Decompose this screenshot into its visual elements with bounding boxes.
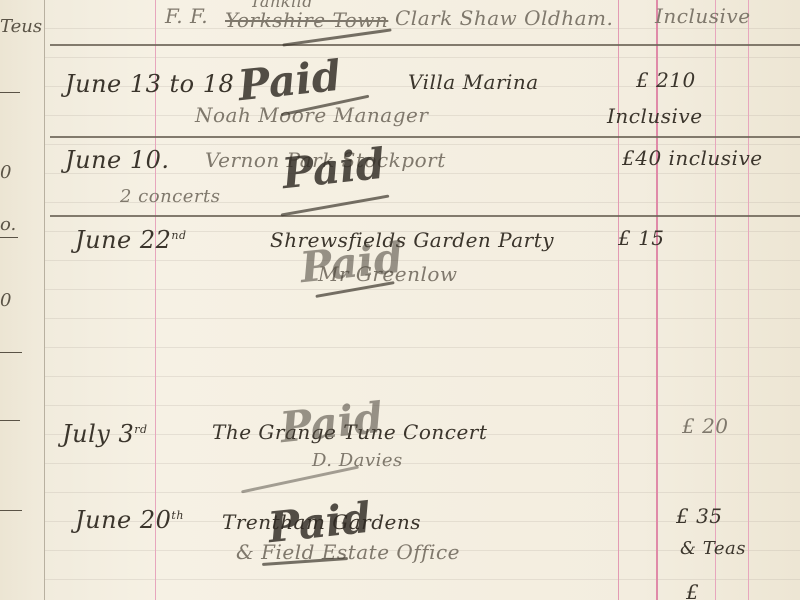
- entry-date: June 22nd: [75, 226, 187, 254]
- entry-separator: [50, 136, 800, 138]
- entry-date: June 10.: [65, 146, 170, 174]
- entry-amount: £ 210: [636, 68, 696, 92]
- entry-amount: £ 20: [682, 414, 729, 438]
- header-amount: Inclusive: [655, 4, 751, 28]
- entry-amount: £ 35: [676, 504, 723, 528]
- entry-date-text: July 3: [62, 420, 134, 448]
- entry-date-suffix: th: [171, 509, 184, 522]
- margin-dash: [0, 237, 18, 238]
- margin-dash: [0, 510, 22, 511]
- entry-date-suffix: rd: [134, 423, 147, 436]
- entry-contact: 2 concerts: [120, 186, 221, 207]
- margin-fragment: o.: [0, 214, 16, 235]
- margin-dash: [0, 420, 20, 421]
- stamp-underline: [241, 466, 359, 494]
- entry-amount: £40 inclusive: [622, 146, 763, 170]
- entry-date-text: June 22: [75, 226, 171, 254]
- entry-date: July 3rd: [62, 420, 148, 448]
- entry-amount: £ 15: [618, 226, 665, 250]
- header-prefix: F. F.: [165, 4, 208, 28]
- margin-dash: [0, 352, 22, 353]
- margin-fragment: 0: [0, 162, 11, 183]
- entry-date: June 20th: [75, 506, 184, 534]
- paid-stamp: Paid: [236, 51, 344, 110]
- stamp-underline: [281, 194, 390, 216]
- entry-date: June 13 to 18: [65, 70, 234, 98]
- footer-amount-partial: £: [686, 580, 699, 600]
- column-line-4: [748, 0, 749, 600]
- header-description: Clark Shaw Oldham.: [395, 6, 613, 30]
- entry-note: Inclusive: [607, 104, 703, 128]
- entry-separator: [50, 44, 800, 46]
- margin-fragment: Teus: [0, 16, 42, 37]
- header-name-struck: Yorkshire Town: [225, 8, 388, 32]
- entry-venue: Villa Marina: [408, 70, 539, 94]
- entry-date-text: June 20: [75, 506, 171, 534]
- entry-date-suffix: nd: [171, 229, 186, 242]
- ledger-page: Teus 0 o. 0 F. F. Tankild Yorkshire Town…: [0, 0, 800, 600]
- entry-note: & Teas: [680, 538, 746, 559]
- margin-fragment: 0: [0, 290, 11, 311]
- margin-dash: [0, 92, 20, 93]
- paid-stamp: Paid: [280, 139, 388, 198]
- entry-separator: [50, 215, 800, 217]
- column-line-1: [618, 0, 619, 600]
